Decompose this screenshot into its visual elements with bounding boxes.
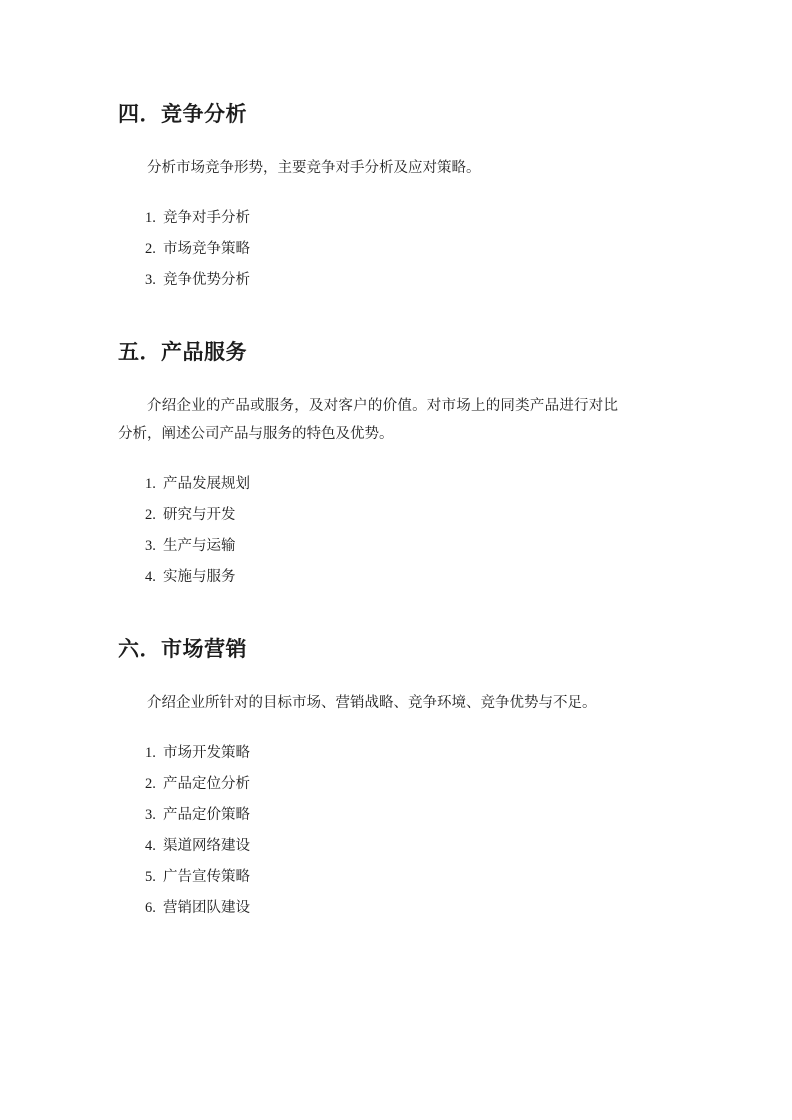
list-item: 3.生产与运输	[118, 531, 618, 562]
list-item: 1.竞争对手分析	[118, 203, 618, 234]
list-item: 2.研究与开发	[118, 500, 618, 531]
list-item-number: 2.	[145, 234, 163, 265]
list-item-label: 产品定价策略	[163, 807, 250, 823]
list-item: 6.营销团队建设	[118, 893, 618, 924]
list-item-number: 1.	[145, 203, 163, 234]
section-heading: 四．竞争分析	[118, 100, 618, 128]
list-item-number: 1.	[145, 469, 163, 500]
list-item-number: 2.	[145, 769, 163, 800]
list-item-number: 3.	[145, 531, 163, 562]
list-item: 1.产品发展规划	[118, 469, 618, 500]
list-item-number: 3.	[145, 800, 163, 831]
section-intro: 分析市场竞争形势，主要竞争对手分析及应对策略。	[118, 154, 618, 182]
list-item-label: 产品定位分析	[163, 776, 250, 792]
list-item-number: 2.	[145, 500, 163, 531]
list-item-label: 实施与服务	[163, 569, 236, 585]
list-item-number: 5.	[145, 862, 163, 893]
section-4-competition-analysis: 四．竞争分析 分析市场竞争形势，主要竞争对手分析及应对策略。 1.竞争对手分析 …	[118, 100, 618, 296]
document-page: 四．竞争分析 分析市场竞争形势，主要竞争对手分析及应对策略。 1.竞争对手分析 …	[0, 0, 792, 1120]
numbered-list: 1.市场开发策略 2.产品定位分析 3.产品定价策略 4.渠道网络建设 5.广告…	[118, 738, 618, 924]
list-item: 1.市场开发策略	[118, 738, 618, 769]
document-content: 四．竞争分析 分析市场竞争形势，主要竞争对手分析及应对策略。 1.竞争对手分析 …	[118, 100, 618, 924]
list-item: 3.产品定价策略	[118, 800, 618, 831]
numbered-list: 1.竞争对手分析 2.市场竞争策略 3.竞争优势分析	[118, 203, 618, 296]
section-intro: 介绍企业所针对的目标市场、营销战略、竞争环境、竞争优势与不足。	[118, 689, 618, 717]
section-6-marketing: 六．市场营销 介绍企业所针对的目标市场、营销战略、竞争环境、竞争优势与不足。 1…	[118, 635, 618, 924]
list-item-label: 广告宣传策略	[163, 869, 250, 885]
list-item-label: 产品发展规划	[163, 476, 250, 492]
list-item-number: 6.	[145, 893, 163, 924]
list-item-label: 渠道网络建设	[163, 838, 250, 854]
list-item-label: 市场竞争策略	[163, 241, 250, 257]
section-heading: 六．市场营销	[118, 635, 618, 663]
list-item-label: 竞争优势分析	[163, 272, 250, 288]
list-item-label: 研究与开发	[163, 507, 236, 523]
list-item: 5.广告宣传策略	[118, 862, 618, 893]
numbered-list: 1.产品发展规划 2.研究与开发 3.生产与运输 4.实施与服务	[118, 469, 618, 593]
section-heading: 五．产品服务	[118, 338, 618, 366]
list-item-label: 竞争对手分析	[163, 210, 250, 226]
list-item: 4.渠道网络建设	[118, 831, 618, 862]
list-item-label: 生产与运输	[163, 538, 236, 554]
section-5-products-services: 五．产品服务 介绍企业的产品或服务，及对客户的价值。对市场上的同类产品进行对比分…	[118, 338, 618, 593]
list-item: 2.市场竞争策略	[118, 234, 618, 265]
section-intro: 介绍企业的产品或服务，及对客户的价值。对市场上的同类产品进行对比分析，阐述公司产…	[118, 392, 618, 448]
list-item: 4.实施与服务	[118, 562, 618, 593]
list-item: 3.竞争优势分析	[118, 265, 618, 296]
list-item-number: 4.	[145, 831, 163, 862]
list-item-label: 市场开发策略	[163, 745, 250, 761]
list-item-number: 1.	[145, 738, 163, 769]
list-item-number: 3.	[145, 265, 163, 296]
list-item-number: 4.	[145, 562, 163, 593]
list-item-label: 营销团队建设	[163, 900, 250, 916]
list-item: 2.产品定位分析	[118, 769, 618, 800]
